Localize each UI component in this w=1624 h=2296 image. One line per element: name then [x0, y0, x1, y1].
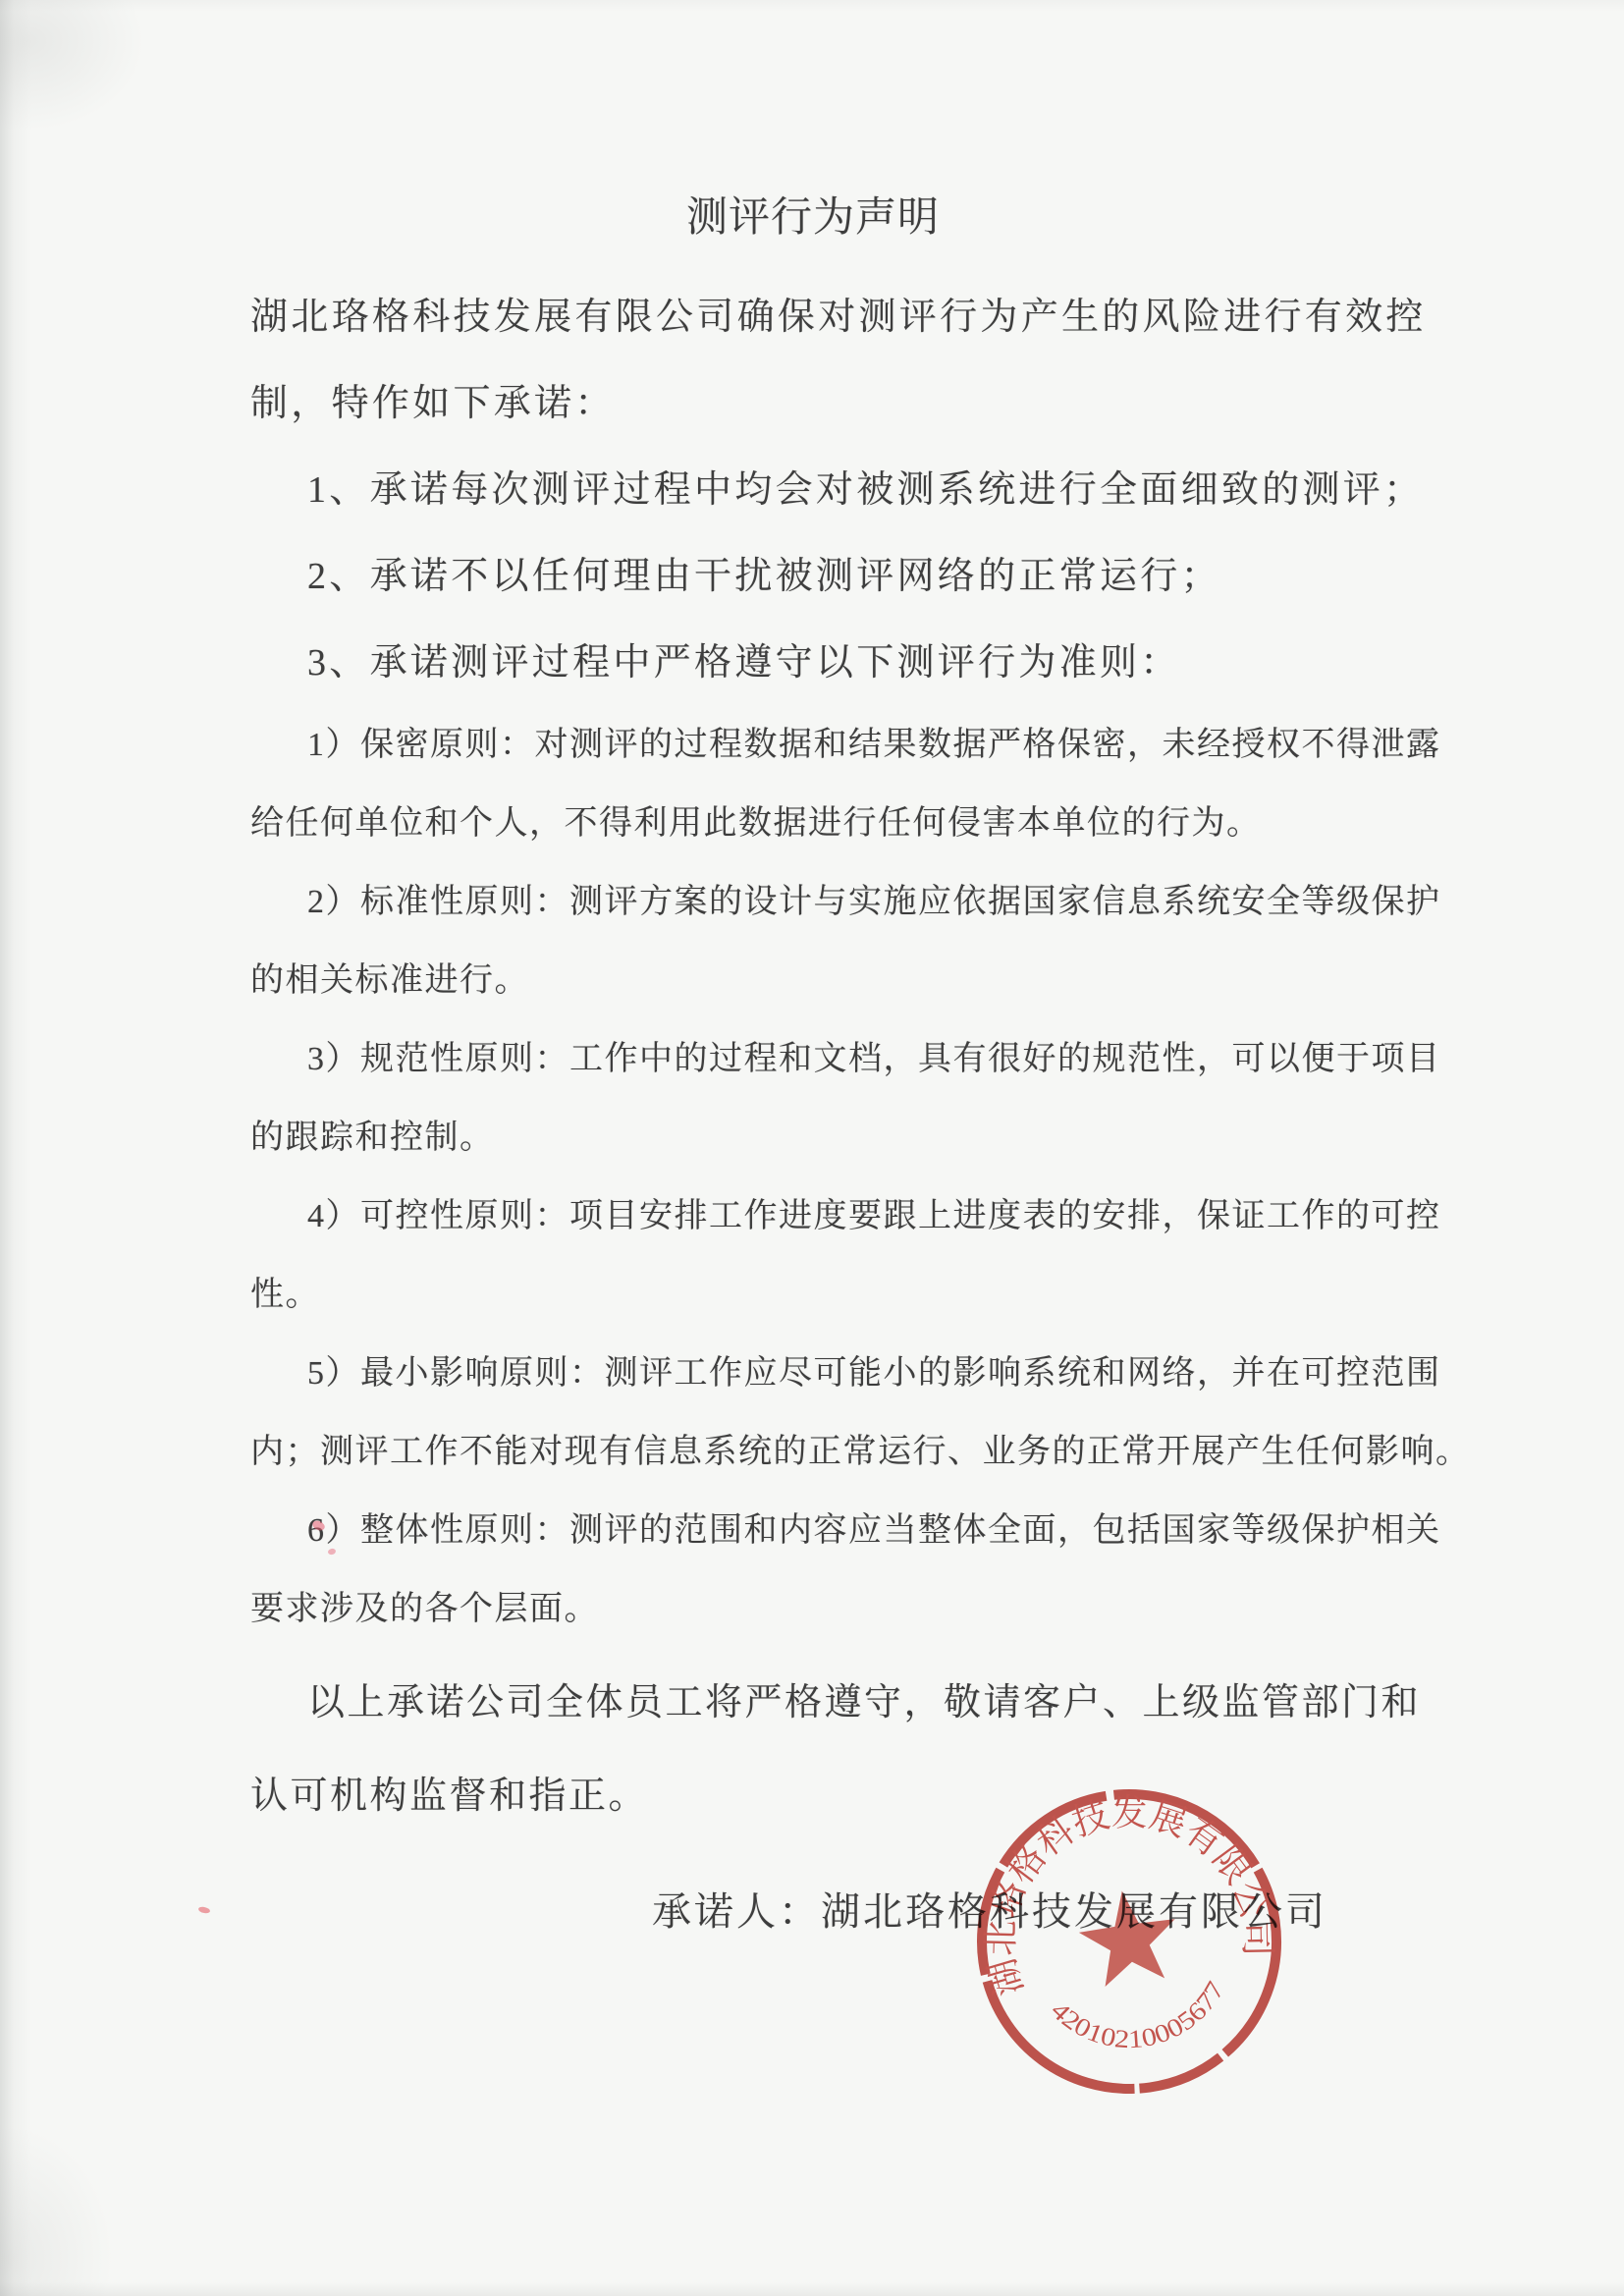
principle-5-line-1: 5）最小影响原则：测评工作应尽可能小的影响系统和网络，并在可控范围 [250, 1335, 1478, 1413]
ink-speck [198, 1906, 211, 1914]
principle-3-line-2: 的跟踪和控制。 [250, 1099, 1478, 1177]
principle-2-line-1: 2）标准性原则：测评方案的设计与实施应依据国家信息系统安全等级保护 [250, 863, 1478, 942]
principle-6-line-2: 要求涉及的各个层面。 [250, 1570, 1478, 1649]
scanned-declaration-page: 测评行为声明 湖北珞格科技发展有限公司确保对测评行为产生的风险进行有效控 制，特… [0, 0, 1624, 2296]
seal-number-text: 42010210005677 [1043, 1973, 1236, 2065]
company-seal: 湖北珞格科技发展有限公司 42010210005677 [941, 1753, 1318, 2130]
promise-item-1: 1、承诺每次测评过程中均会对被测系统进行全面细致的测评； [250, 447, 1478, 533]
text-column: 测评行为声明 湖北珞格科技发展有限公司确保对测评行为产生的风险进行有效控 制，特… [250, 175, 1478, 1955]
principle-4-line-1: 4）可控性原则：项目安排工作进度要跟上进度表的安排，保证工作的可控 [250, 1177, 1478, 1256]
star-icon [1074, 1885, 1183, 1990]
closing-line-1: 以上承诺公司全体员工将严格遵守，敬请客户、上级监管部门和 [250, 1657, 1478, 1750]
principle-2-line-2: 的相关标准进行。 [250, 942, 1478, 1020]
document-title: 测评行为声明 [250, 175, 1376, 261]
closing-line-2: 认可机构监督和指正。 [250, 1750, 1478, 1843]
principle-1-line-2: 给任何单位和个人，不得利用此数据进行任何侵害本单位的行为。 [250, 785, 1478, 863]
intro-line-1: 湖北珞格科技发展有限公司确保对测评行为产生的风险进行有效控 [250, 274, 1478, 360]
promise-item-2: 2、承诺不以任何理由干扰被测评网络的正常运行； [250, 533, 1478, 620]
intro-line-2: 制，特作如下承诺： [250, 360, 1478, 447]
principle-4-line-2: 性。 [250, 1256, 1478, 1335]
principle-6-line-1: 6）整体性原则：测评的范围和内容应当整体全面，包括国家等级保护相关 [250, 1492, 1478, 1570]
promise-item-3: 3、承诺测评过程中严格遵守以下测评行为准则： [250, 620, 1478, 706]
principle-1-line-1: 1）保密原则：对测评的过程数据和结果数据严格保密，未经授权不得泄露 [250, 706, 1478, 785]
principle-5-line-2: 内；测评工作不能对现有信息系统的正常运行、业务的正常开展产生任何影响。 [250, 1413, 1478, 1492]
principle-3-line-1: 3）规范性原则：工作中的过程和文档，具有很好的规范性，可以便于项目 [250, 1020, 1478, 1099]
